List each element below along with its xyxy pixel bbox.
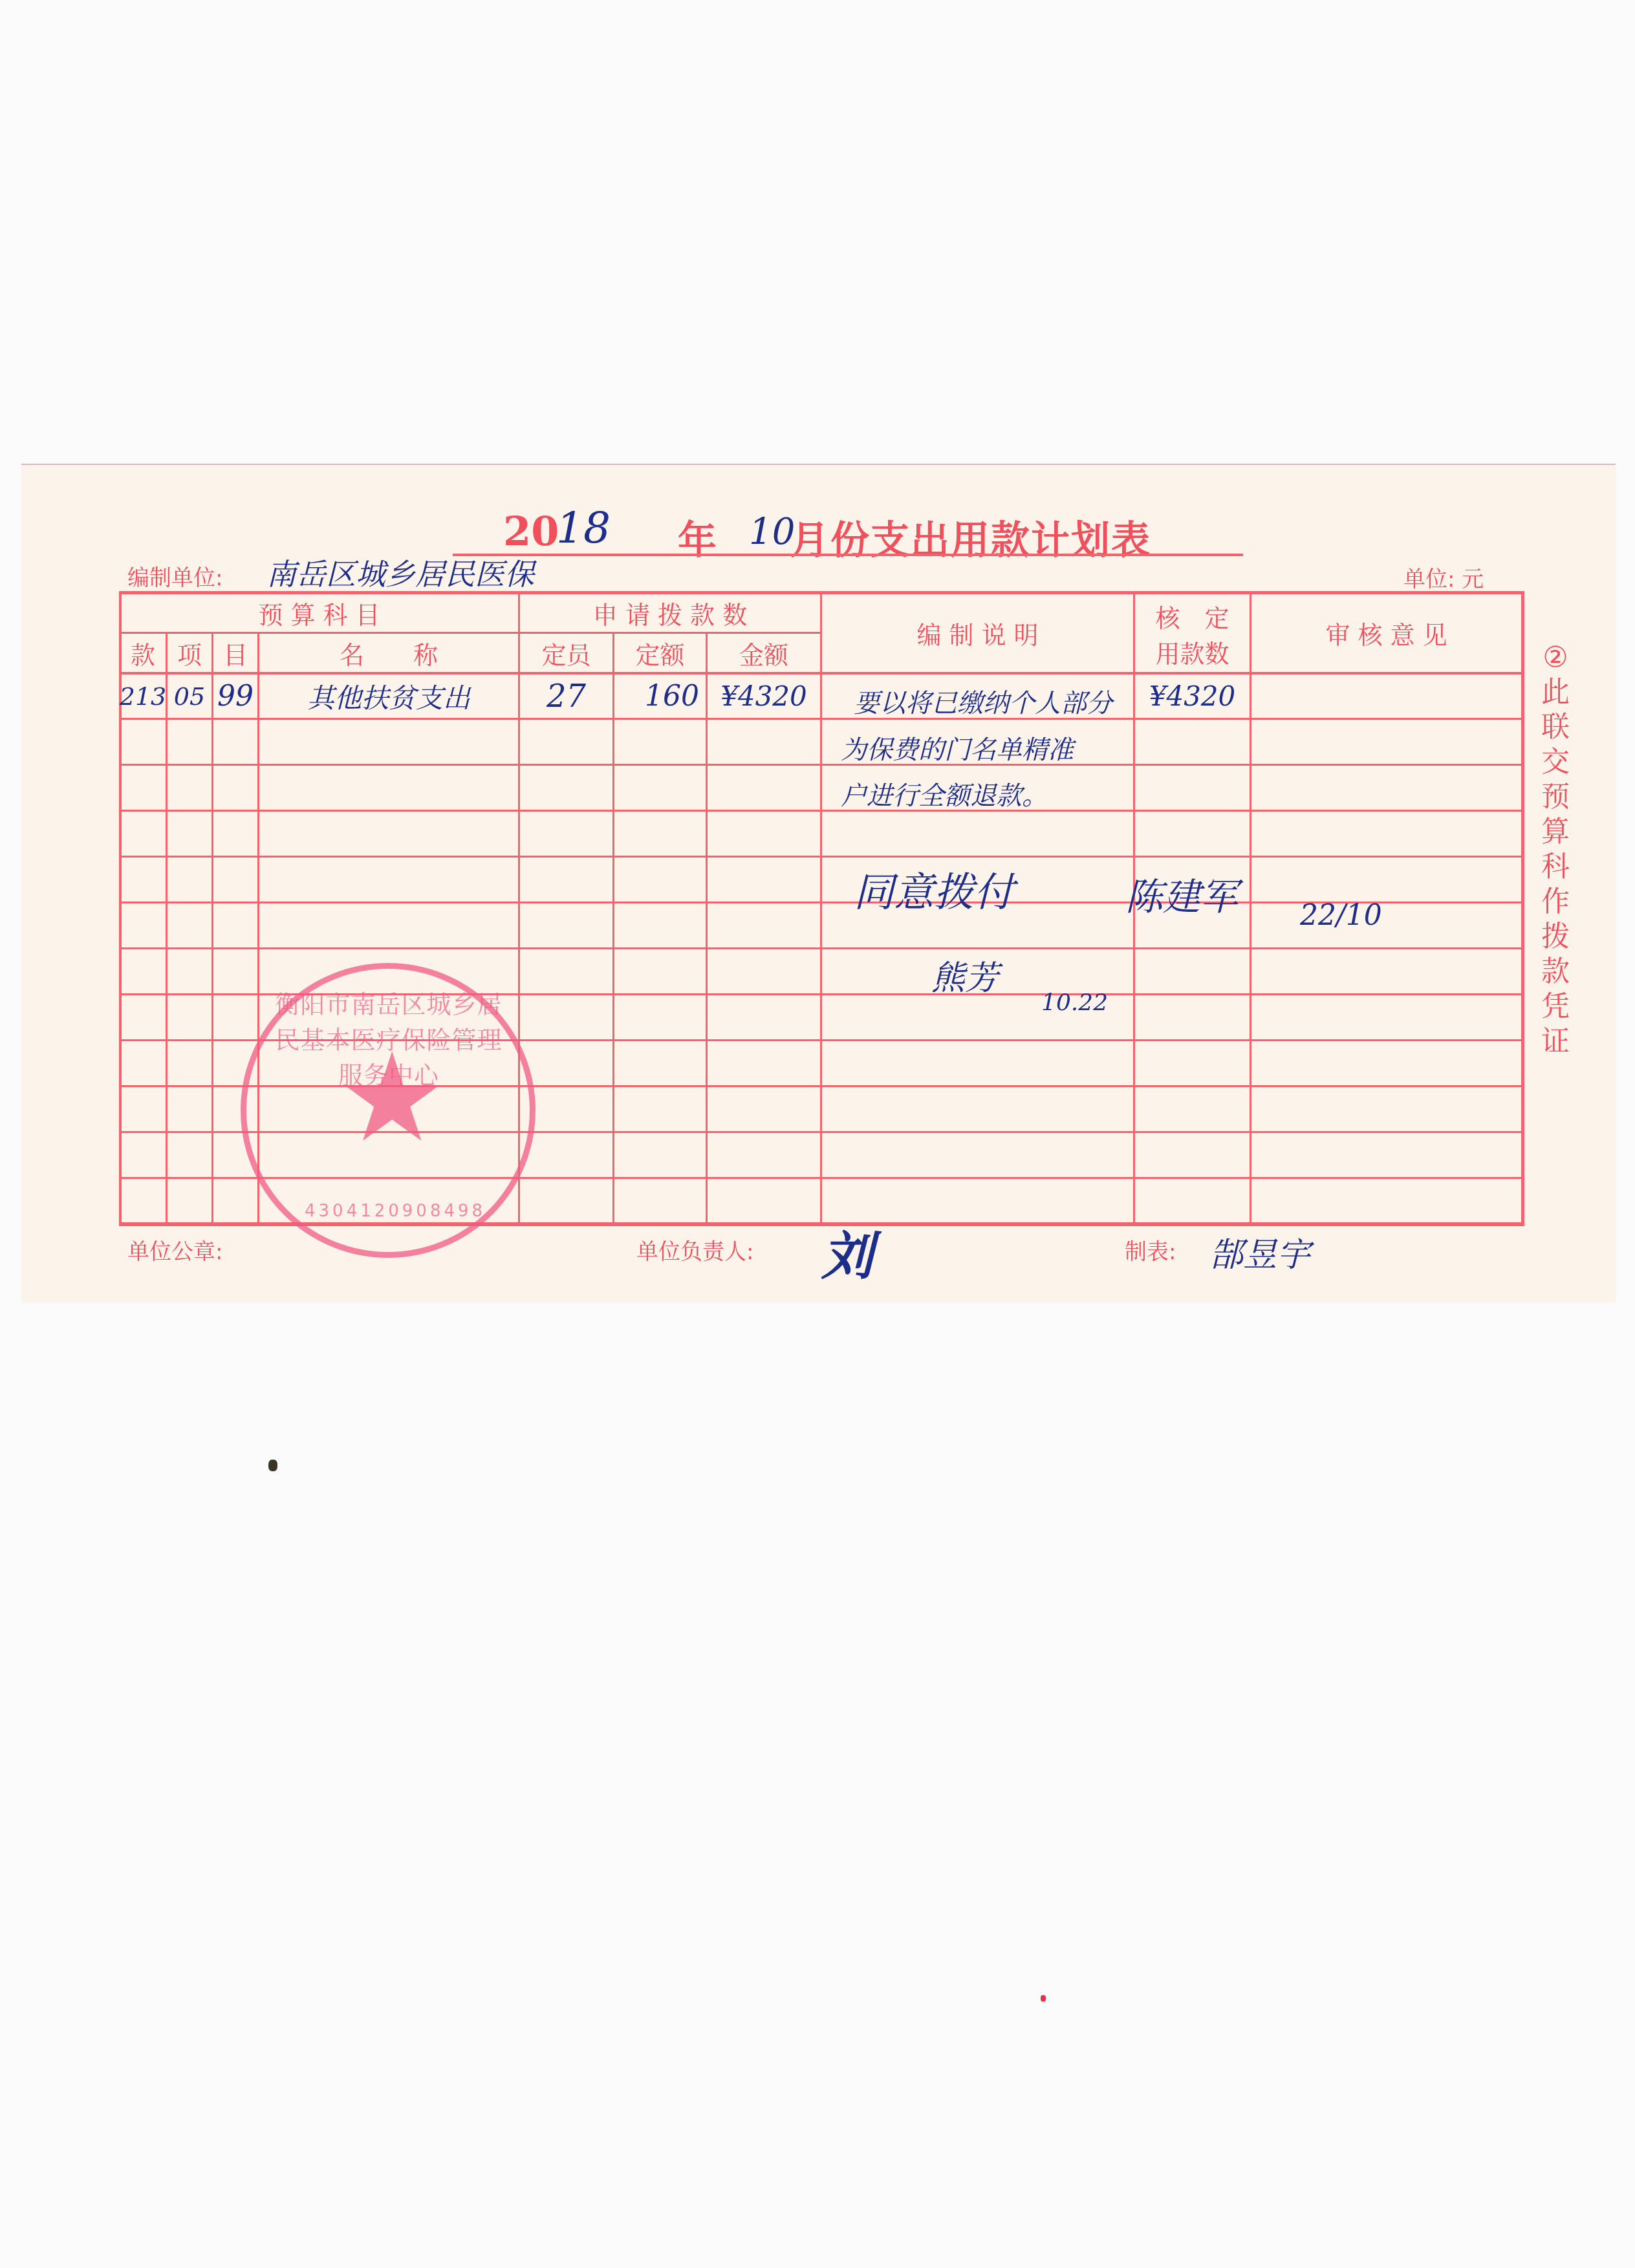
- preparing-unit-label: 编制单位:: [127, 560, 222, 592]
- header-approved-line2: 用款数: [1135, 634, 1250, 669]
- header-requested-amount: 申 请 拨 款 数: [520, 593, 820, 632]
- header-quota: 定额: [614, 634, 706, 672]
- col-line: [706, 632, 708, 1224]
- col-line: [612, 632, 614, 1224]
- title-year-printed: 20: [503, 508, 559, 555]
- col-line: [166, 632, 168, 1224]
- unit-seal-label: 单位公章:: [127, 1234, 222, 1266]
- header-approved-line1: 核 定: [1135, 598, 1250, 634]
- header-review-opinion: 审 核 意 见: [1251, 593, 1521, 672]
- header-name: 名 称: [259, 634, 518, 672]
- row-1-name: 其他扶贫支出: [259, 675, 518, 718]
- official-seal: 衡阳市南岳区城乡居民基本医疗保险管理服务中心 ★ 4304120908498: [241, 963, 536, 1258]
- explanation-line-3: 户进行全额退款。: [841, 775, 1048, 812]
- star-icon: ★: [337, 1046, 440, 1150]
- header-budget-subject: 预 算 科 目: [120, 593, 518, 632]
- unit-head-label: 单位负责人:: [636, 1234, 753, 1266]
- scan-red-mark: [1041, 1995, 1046, 2002]
- row-1-staff-quota: 27: [520, 675, 612, 718]
- row-1-quota: 160: [614, 675, 706, 718]
- review-signature: 陈建军: [1125, 867, 1238, 921]
- row-1-approved-amount: ¥4320: [1135, 675, 1250, 718]
- title-underline: [453, 554, 1243, 556]
- scan-speck: [268, 1460, 277, 1471]
- page-title: 月份支出用款计划表: [790, 510, 1151, 565]
- col-line: [211, 632, 213, 1224]
- header-kuan: 款: [120, 634, 166, 672]
- unit-head-signature: 刘: [821, 1215, 873, 1289]
- title-month-handwritten: 10: [749, 511, 795, 553]
- row-1-xiang: 05: [168, 675, 211, 718]
- row-1-amount: ¥4320: [708, 675, 820, 718]
- col-line: [1250, 591, 1251, 1224]
- row-1-mu: 99: [213, 675, 257, 718]
- currency-unit-label: 单位: 元: [1403, 561, 1484, 593]
- seal-number: 4304120908498: [305, 1202, 473, 1221]
- row-1-kuan: 213: [120, 675, 166, 718]
- explanation-line-2: 为保费的门名单精准: [841, 729, 1074, 766]
- header-staff-quota: 定员: [520, 634, 612, 672]
- header-amount: 金额: [708, 634, 820, 672]
- copy-purpose-note: ②此联交预算科作拨款凭证: [1539, 640, 1572, 1059]
- header-explanation: 编 制 说 明: [822, 593, 1133, 672]
- review-date: 22/10: [1300, 899, 1382, 932]
- approval-date: 10.22: [1041, 989, 1108, 1016]
- header-xiang: 项: [168, 634, 211, 672]
- explanation-line-1: 要以将已缴纳个人部分: [854, 683, 1112, 720]
- approval-note: 同意拨付: [854, 860, 1014, 918]
- preparing-unit-value: 南岳区城乡居民医保: [266, 551, 534, 594]
- col-line: [820, 591, 822, 1224]
- title-year-suffix: 年: [678, 510, 718, 565]
- title-year-handwritten: 18: [556, 503, 611, 553]
- approval-signer: 熊芳: [931, 951, 999, 999]
- prepared-by-label: 制表:: [1125, 1234, 1176, 1266]
- header-mu: 目: [213, 634, 257, 672]
- prepared-by-signature: 郜昱宇: [1209, 1227, 1310, 1276]
